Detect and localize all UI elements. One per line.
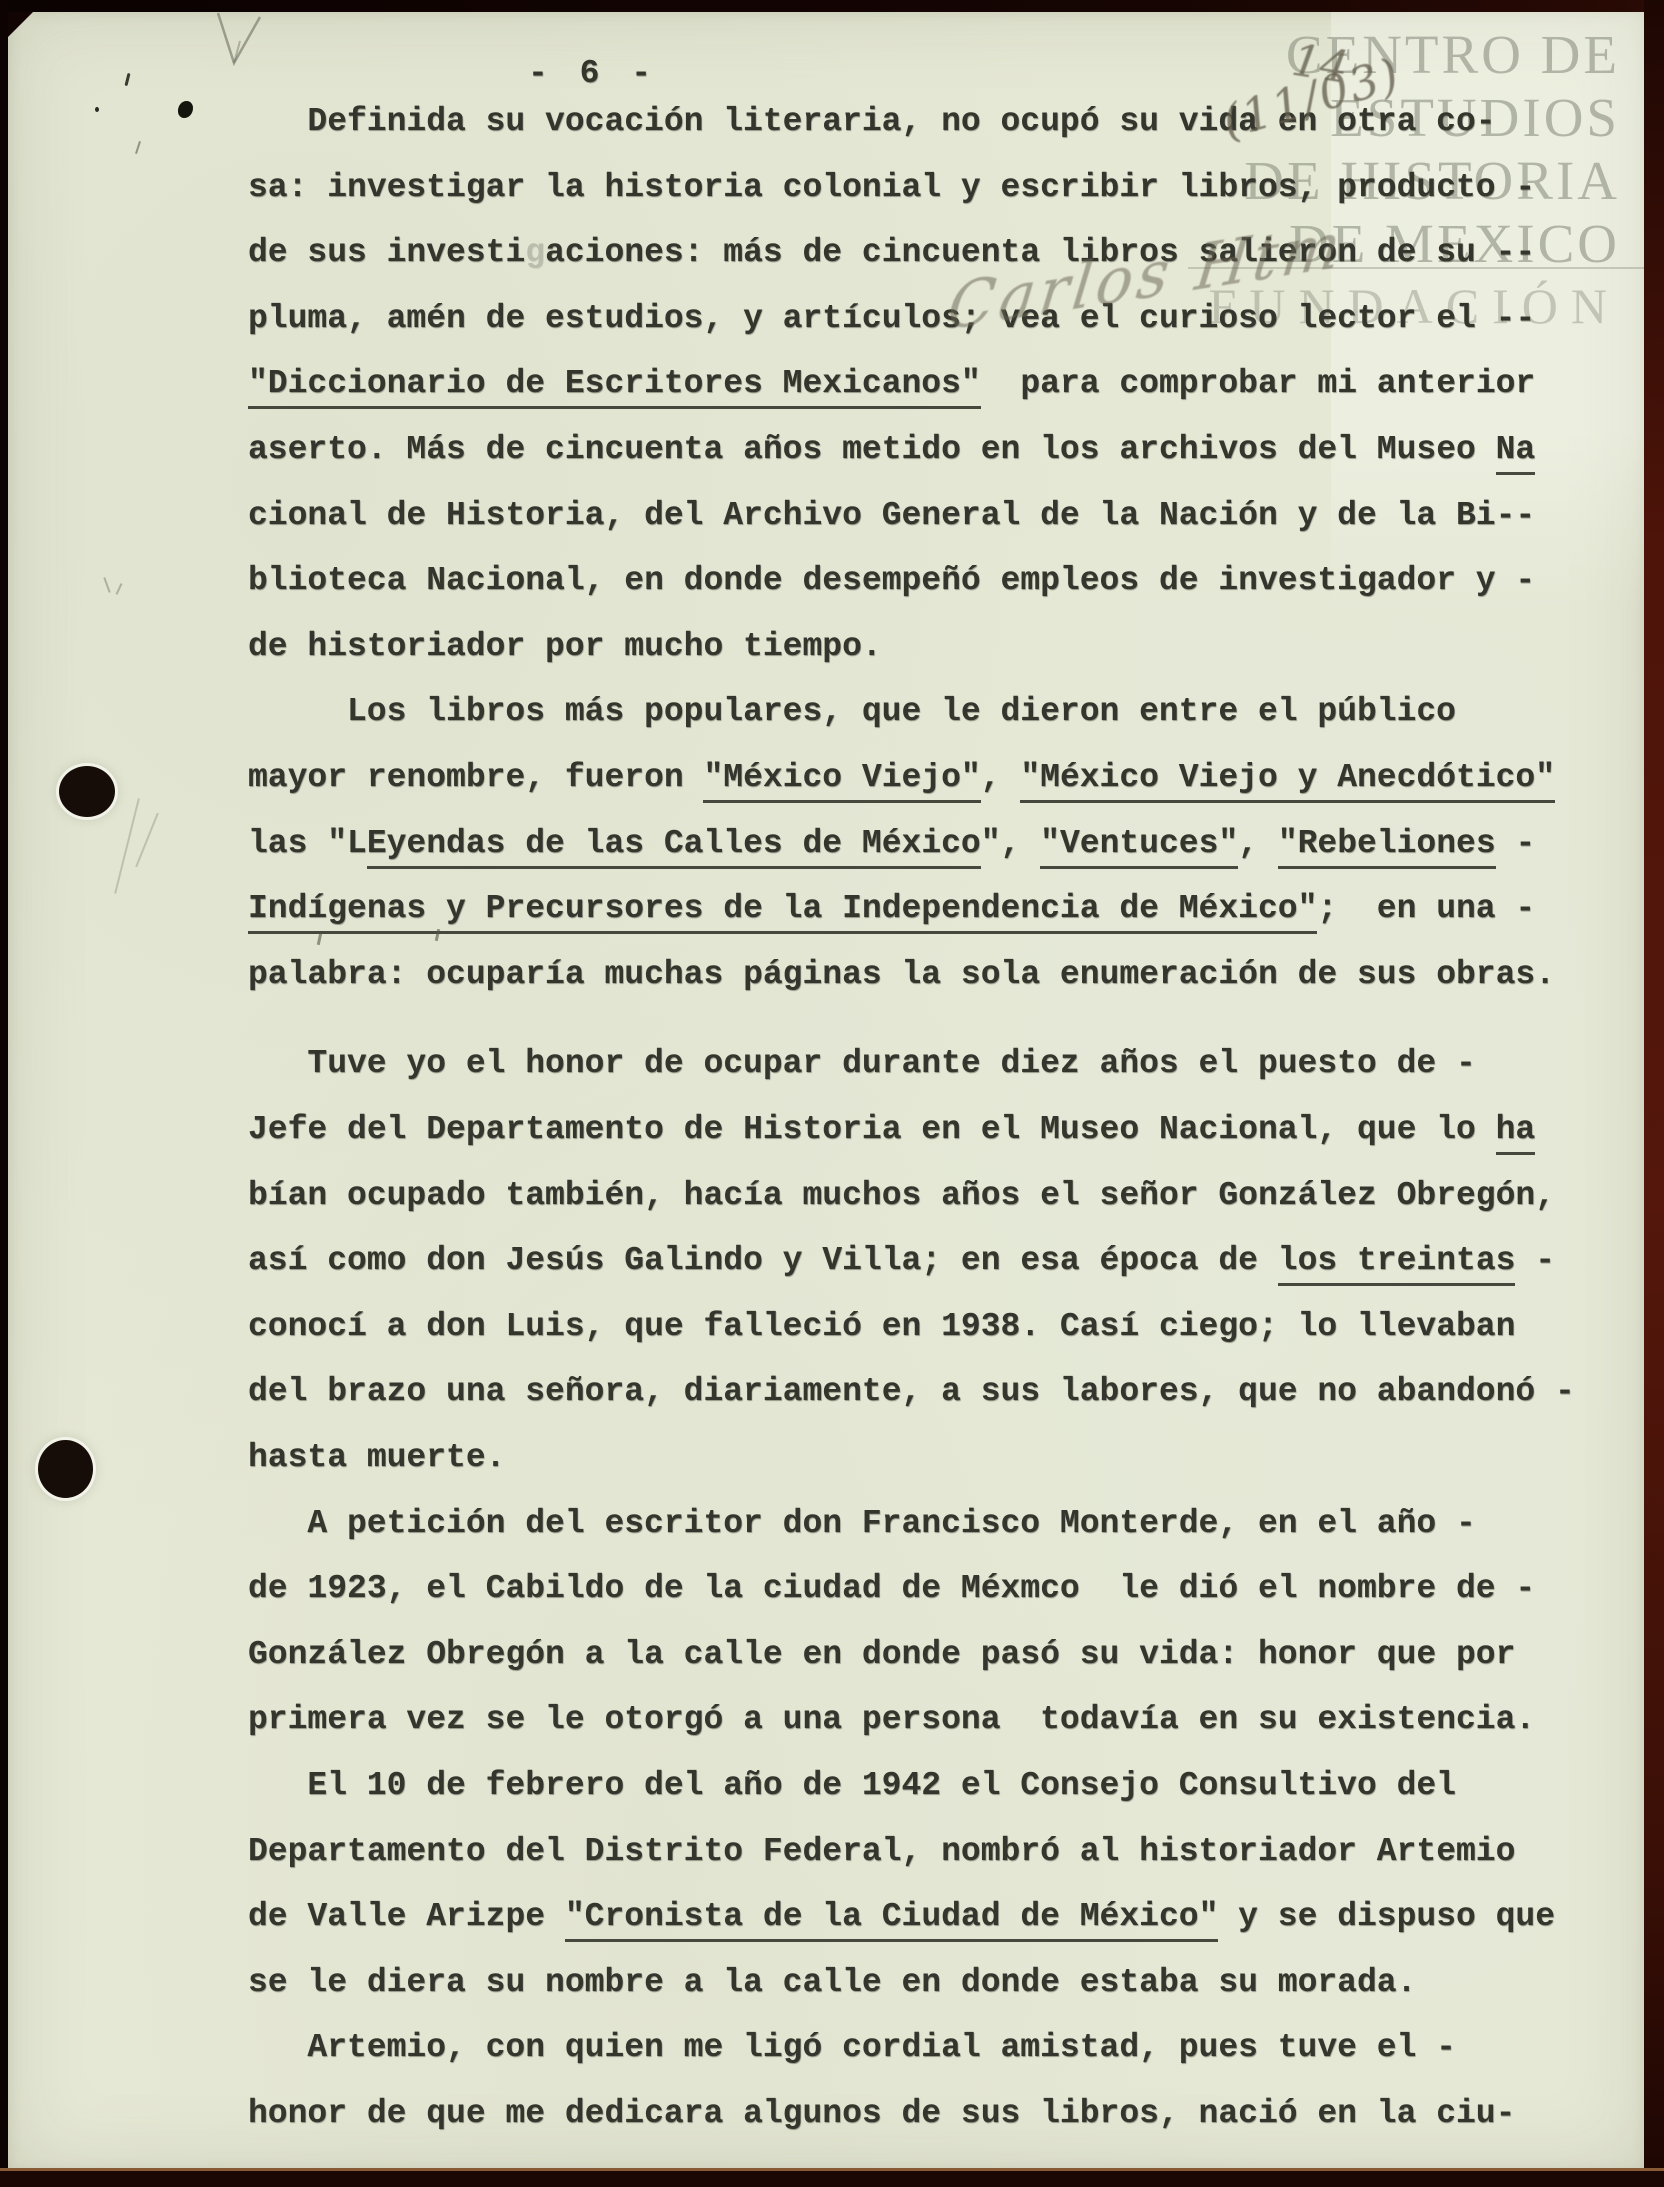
text-segment: honor de que me dedicara algunos de sus … bbox=[248, 2095, 1515, 2132]
typewritten-line: Indígenas y Precursores de la Independen… bbox=[248, 890, 1535, 927]
text-segment: de Valle Arizpe bbox=[248, 1898, 565, 1935]
typewritten-line: palabra: ocuparía muchas páginas la sola… bbox=[248, 956, 1555, 993]
text-segment: blioteca Nacional, en donde desempeñó em… bbox=[248, 562, 1535, 599]
backdrop-edge-bottom bbox=[0, 2168, 1664, 2187]
pencil-checkmark bbox=[204, 11, 274, 73]
text-segment: hasta muerte. bbox=[248, 1439, 505, 1476]
underlined-text: los treintas bbox=[1278, 1242, 1516, 1286]
page-number: - 6 - bbox=[528, 55, 657, 92]
underlined-text: "Rebeliones bbox=[1278, 825, 1496, 869]
text-segment: y se dispuso que bbox=[1218, 1898, 1555, 1935]
underlined-text: Na bbox=[1496, 431, 1536, 475]
text-segment: de historiador por mucho tiempo. bbox=[248, 628, 882, 665]
text-segment: así como don Jesús Galindo y Villa; en e… bbox=[248, 1242, 1278, 1279]
backdrop-edge-right bbox=[1644, 0, 1664, 2187]
text-segment: - bbox=[1515, 1242, 1555, 1279]
text-segment: palabra: ocuparía muchas páginas la sola… bbox=[248, 956, 1555, 993]
underlined-text: Eyendas de las Calles de México bbox=[367, 825, 981, 869]
text-segment: sa: investigar la historia colonial y es… bbox=[248, 169, 1535, 206]
text-segment: de sus investi bbox=[248, 234, 525, 271]
typewritten-line: de 1923, el Cabildo de la ciudad de Méxm… bbox=[248, 1570, 1535, 1607]
underlined-text: "Diccionario de Escritores Mexicanos" bbox=[248, 365, 981, 409]
paper-scratch bbox=[114, 798, 140, 894]
backdrop-edge-top bbox=[0, 0, 1664, 12]
typewritten-line: Jefe del Departamento de Historia en el … bbox=[248, 1111, 1535, 1148]
pencil-slash-mark bbox=[135, 141, 141, 154]
typewritten-line: Departamento del Distrito Federal, nombr… bbox=[248, 1833, 1515, 1870]
pencil-quote-tick bbox=[317, 933, 322, 945]
typewritten-line: honor de que me dedicara algunos de sus … bbox=[248, 2095, 1515, 2132]
hole-punch-bottom bbox=[38, 1440, 93, 1498]
underlined-text: "Cronista de la Ciudad de México" bbox=[565, 1898, 1219, 1942]
text-segment: conocí a don Luis, que falleció en 1938.… bbox=[248, 1308, 1515, 1345]
typewritten-line: mayor renombre, fueron "México Viejo", "… bbox=[248, 759, 1555, 796]
typewritten-line: conocí a don Luis, que falleció en 1938.… bbox=[248, 1308, 1515, 1345]
text-segment: Los libros más populares, que le dieron … bbox=[347, 693, 1456, 730]
underlined-text: "Ventuces" bbox=[1040, 825, 1238, 869]
typewritten-line: pluma, amén de estudios, y artículos; ve… bbox=[248, 300, 1535, 337]
typewritten-line: González Obregón a la calle en donde pas… bbox=[248, 1636, 1515, 1673]
text-segment: para comprobar mi anterior bbox=[981, 365, 1536, 402]
stray-apostrophe-mark bbox=[124, 73, 130, 86]
text-segment: ", bbox=[981, 825, 1040, 862]
text-segment: ; en una - bbox=[1317, 890, 1535, 927]
text-segment: primera vez se le otorgó a una persona t… bbox=[248, 1701, 1535, 1738]
typewritten-line: "Diccionario de Escritores Mexicanos" pa… bbox=[248, 365, 1535, 402]
text-segment: bían ocupado también, hacía muchos años … bbox=[248, 1177, 1555, 1214]
typewritten-line: se le diera su nombre a la calle en dond… bbox=[248, 1964, 1416, 2001]
text-segment: Jefe del Departamento de Historia en el … bbox=[248, 1111, 1496, 1148]
typewritten-line: blioteca Nacional, en donde desempeñó em… bbox=[248, 562, 1535, 599]
underlined-text: ha bbox=[1496, 1111, 1536, 1155]
text-segment: Artemio, con quien me ligó cordial amist… bbox=[307, 2029, 1456, 2066]
paper-sheet: CENTRO DEESTUDIOSDE HISTORIADE MEXICOFUN… bbox=[8, 11, 1646, 2172]
text-segment: , bbox=[981, 759, 1021, 796]
text-segment: mayor renombre, fueron bbox=[248, 759, 703, 796]
backdrop-edge-left bbox=[0, 0, 8, 2187]
text-segment: Tuve yo el honor de ocupar durante diez … bbox=[307, 1045, 1475, 1082]
typewritten-line: sa: investigar la historia colonial y es… bbox=[248, 169, 1535, 206]
paper-scratch bbox=[135, 813, 159, 868]
typewritten-line: Tuve yo el honor de ocupar durante diez … bbox=[307, 1045, 1475, 1082]
hole-punch-top bbox=[59, 766, 115, 817]
text-segment: - bbox=[1496, 825, 1536, 862]
corner-cut bbox=[8, 11, 34, 37]
text-segment: , bbox=[1238, 825, 1278, 862]
text-segment: las "L bbox=[248, 825, 367, 862]
text-segment: del brazo una señora, diariamente, a sus… bbox=[248, 1373, 1575, 1410]
text-segment: se le diera su nombre a la calle en dond… bbox=[248, 1964, 1416, 2001]
underlined-text: Indígenas y Precursores de la Independen… bbox=[248, 890, 1317, 934]
pencil-tick bbox=[103, 577, 110, 593]
typewritten-line: Artemio, con quien me ligó cordial amist… bbox=[307, 2029, 1456, 2066]
watermark-line: CENTRO DE bbox=[1209, 23, 1620, 86]
text-segment: cional de Historia, del Archivo General … bbox=[248, 497, 1535, 534]
typewritten-line: El 10 de febrero del año de 1942 el Cons… bbox=[307, 1767, 1456, 1804]
underlined-text: "México Viejo" bbox=[703, 759, 980, 803]
typewritten-line: del brazo una señora, diariamente, a sus… bbox=[248, 1373, 1575, 1410]
typewritten-line: las "LEyendas de las Calles de México", … bbox=[248, 825, 1535, 862]
text-segment: pluma, amén de estudios, y artículos; ve… bbox=[248, 300, 1535, 337]
typewritten-line: A petición del escritor don Francisco Mo… bbox=[307, 1505, 1475, 1542]
text-segment: aserto. Más de cincuenta años metido en … bbox=[248, 431, 1496, 468]
text-segment: Departamento del Distrito Federal, nombr… bbox=[248, 1833, 1515, 1870]
typewritten-line: de Valle Arizpe "Cronista de la Ciudad d… bbox=[248, 1898, 1555, 1935]
typewritten-line: Los libros más populares, que le dieron … bbox=[347, 693, 1456, 730]
text-segment: de 1923, el Cabildo de la ciudad de Méxm… bbox=[248, 1570, 1535, 1607]
text-segment: González Obregón a la calle en donde pas… bbox=[248, 1636, 1515, 1673]
typewritten-line: bían ocupado también, hacía muchos años … bbox=[248, 1177, 1555, 1214]
ink-dot bbox=[95, 107, 99, 112]
text-segment: g bbox=[525, 234, 545, 271]
text-segment: El 10 de febrero del año de 1942 el Cons… bbox=[307, 1767, 1456, 1804]
underlined-text: "México Viejo y Anecdótico" bbox=[1020, 759, 1555, 803]
typewritten-line: primera vez se le otorgó a una persona t… bbox=[248, 1701, 1535, 1738]
ink-speck bbox=[178, 101, 193, 118]
typewritten-line: aserto. Más de cincuenta años metido en … bbox=[248, 431, 1535, 468]
pencil-tick bbox=[116, 583, 123, 595]
text-segment: A petición del escritor don Francisco Mo… bbox=[307, 1505, 1475, 1542]
typewritten-line: así como don Jesús Galindo y Villa; en e… bbox=[248, 1242, 1555, 1279]
typewritten-line: hasta muerte. bbox=[248, 1439, 505, 1476]
typewritten-line: de historiador por mucho tiempo. bbox=[248, 628, 882, 665]
typewritten-line: cional de Historia, del Archivo General … bbox=[248, 497, 1535, 534]
